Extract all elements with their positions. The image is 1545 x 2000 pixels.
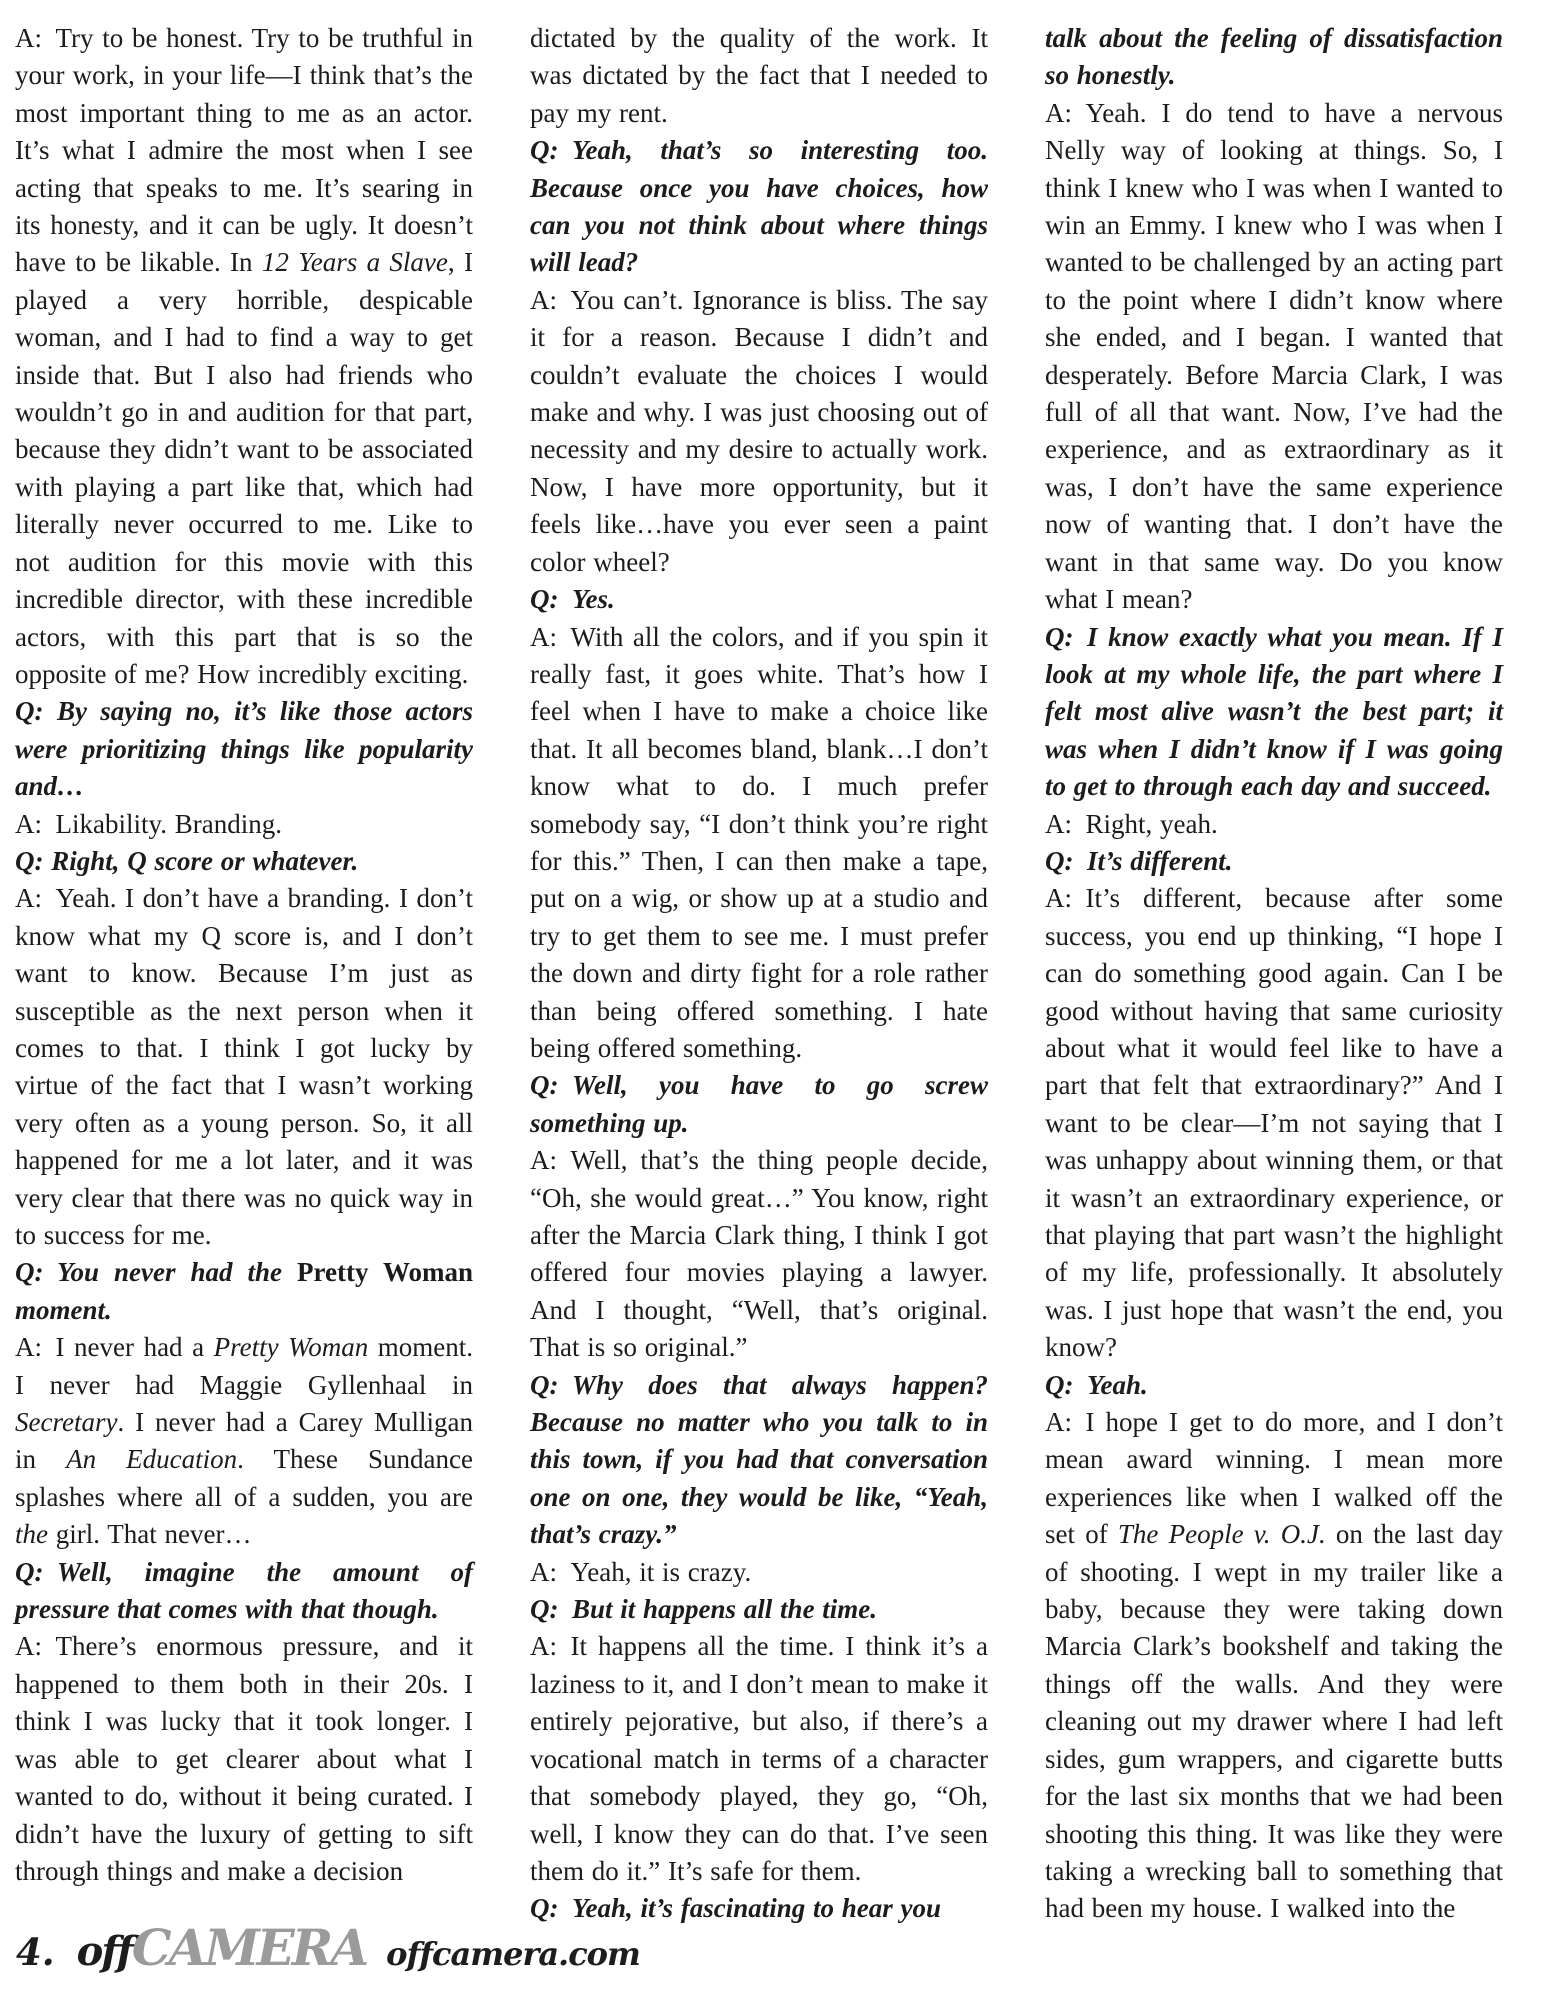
offcamera-url: offcamera.com [386,1935,640,1973]
body-text: A: It’s different, because after some su… [1045,883,1503,1362]
body-text: A: Try to be honest. Try to be truthful … [15,23,473,277]
body-text: dictated by the quality of the work. It … [530,23,988,128]
question-paragraph: Q: It’s different. [1045,843,1503,880]
body-text: Q: I know exactly what you mean. If I lo… [1045,622,1503,802]
body-text: Q: Right, Q score or whatever. [15,846,358,876]
answer-paragraph: dictated by the quality of the work. It … [530,20,988,132]
answer-paragraph: A: Yeah. I don’t have a branding. I don’… [15,880,473,1254]
body-text: talk about the feeling of dissatisfactio… [1045,23,1503,90]
body-text: Q: Yes. [530,584,615,614]
body-text: girl. That never… [48,1519,251,1549]
page-footer: 4. off CAMERA offcamera.com [16,1918,640,1977]
answer-paragraph: A: Right, yeah. [1045,806,1503,843]
text-column-1: A: Try to be honest. Try to be truthful … [15,20,473,1928]
body-text: , I played a very horrible, despicable w… [15,247,473,688]
body-text: A: Well, that’s the thing people decide,… [530,1145,988,1362]
answer-paragraph: A: Likability. Branding. [15,806,473,843]
answer-paragraph: A: I never had a Pretty Woman moment. I … [15,1329,473,1553]
answer-paragraph: A: There’s enormous pressure, and it hap… [15,1628,473,1890]
text-column-3: talk about the feeling of dissatisfactio… [1045,20,1503,1928]
page-number: 4. [16,1930,55,1974]
answer-paragraph: A: Yeah, it is crazy. [530,1554,988,1591]
question-paragraph: Q: Right, Q score or whatever. [15,843,473,880]
body-text: A: Yeah. I do tend to have a nervous Nel… [1045,98,1503,614]
italic-title-text: An Education [66,1444,237,1474]
body-text: A: You can’t. Ignorance is bliss. The sa… [530,285,988,577]
body-text: moment. [15,1295,112,1325]
body-text: Q: You never had the [15,1257,297,1287]
answer-paragraph: A: It’s different, because after some su… [1045,880,1503,1366]
question-paragraph: Q: I know exactly what you mean. If I lo… [1045,619,1503,806]
question-paragraph: Q: You never had the Pretty Woman moment… [15,1254,473,1329]
question-paragraph: Q: Well, you have to go screw something … [530,1067,988,1142]
body-text: Q: But it happens all the time. [530,1594,877,1624]
answer-paragraph: A: I hope I get to do more, and I don’t … [1045,1404,1503,1928]
question-paragraph: talk about the feeling of dissatisfactio… [1045,20,1503,95]
offcamera-logo-camera: CAMERA [132,1918,366,1977]
italic-title-text: the [15,1519,48,1549]
question-paragraph: Q: Yes. [530,581,988,618]
body-text: Q: By saying no, it’s like those actors … [15,696,473,801]
body-text: A: Likability. Branding. [15,809,282,839]
italic-title-text: Secretary [15,1407,117,1437]
answer-paragraph: A: Well, that’s the thing people decide,… [530,1142,988,1366]
question-paragraph: Q: Why does that always happen? Because … [530,1367,988,1554]
question-paragraph: Q: Yeah. [1045,1367,1503,1404]
offcamera-logo: off CAMERA [77,1918,367,1977]
question-paragraph: Q: By saying no, it’s like those actors … [15,693,473,805]
answer-paragraph: A: Yeah. I do tend to have a nervous Nel… [1045,95,1503,619]
question-paragraph: Q: Yeah, that’s so interesting too. Beca… [530,132,988,282]
article-columns: A: Try to be honest. Try to be truthful … [15,20,1503,1928]
body-text: Q: It’s different. [1045,846,1232,876]
question-paragraph: Q: But it happens all the time. [530,1591,988,1628]
body-text: Q: Well, you have to go screw something … [530,1070,988,1137]
italic-title-text: 12 Years a Slave [262,247,448,277]
text-column-2: dictated by the quality of the work. It … [530,20,988,1928]
offcamera-logo-off: off [77,1928,132,1975]
body-text: Q: Why does that always happen? Because … [530,1370,988,1550]
italic-title-text: The People v. O.J. [1118,1519,1326,1549]
upright-title-text: Pretty Woman [297,1257,473,1287]
body-text: A: There’s enormous pressure, and it hap… [15,1631,473,1885]
body-text: Q: Yeah. [1045,1370,1148,1400]
answer-paragraph: A: It happens all the time. I think it’s… [530,1628,988,1890]
body-text: A: Right, yeah. [1045,809,1218,839]
italic-title-text: Pretty Woman [214,1332,369,1362]
body-text: on the last day of shooting. I wept in m… [1045,1519,1503,1923]
body-text: A: I never had a [15,1332,214,1362]
body-text: Q: Well, imagine the amount of pressure … [15,1557,473,1624]
body-text: A: It happens all the time. I think it’s… [530,1631,988,1885]
answer-paragraph: A: You can’t. Ignorance is bliss. The sa… [530,282,988,581]
body-text: Q: Yeah, that’s so interesting too. Beca… [530,135,988,277]
body-text: A: Yeah. I don’t have a branding. I don’… [15,883,473,1250]
body-text: A: With all the colors, and if you spin … [530,622,988,1063]
question-paragraph: Q: Well, imagine the amount of pressure … [15,1554,473,1629]
body-text: A: Yeah, it is crazy. [530,1557,751,1587]
answer-paragraph: A: Try to be honest. Try to be truthful … [15,20,473,693]
answer-paragraph: A: With all the colors, and if you spin … [530,619,988,1068]
